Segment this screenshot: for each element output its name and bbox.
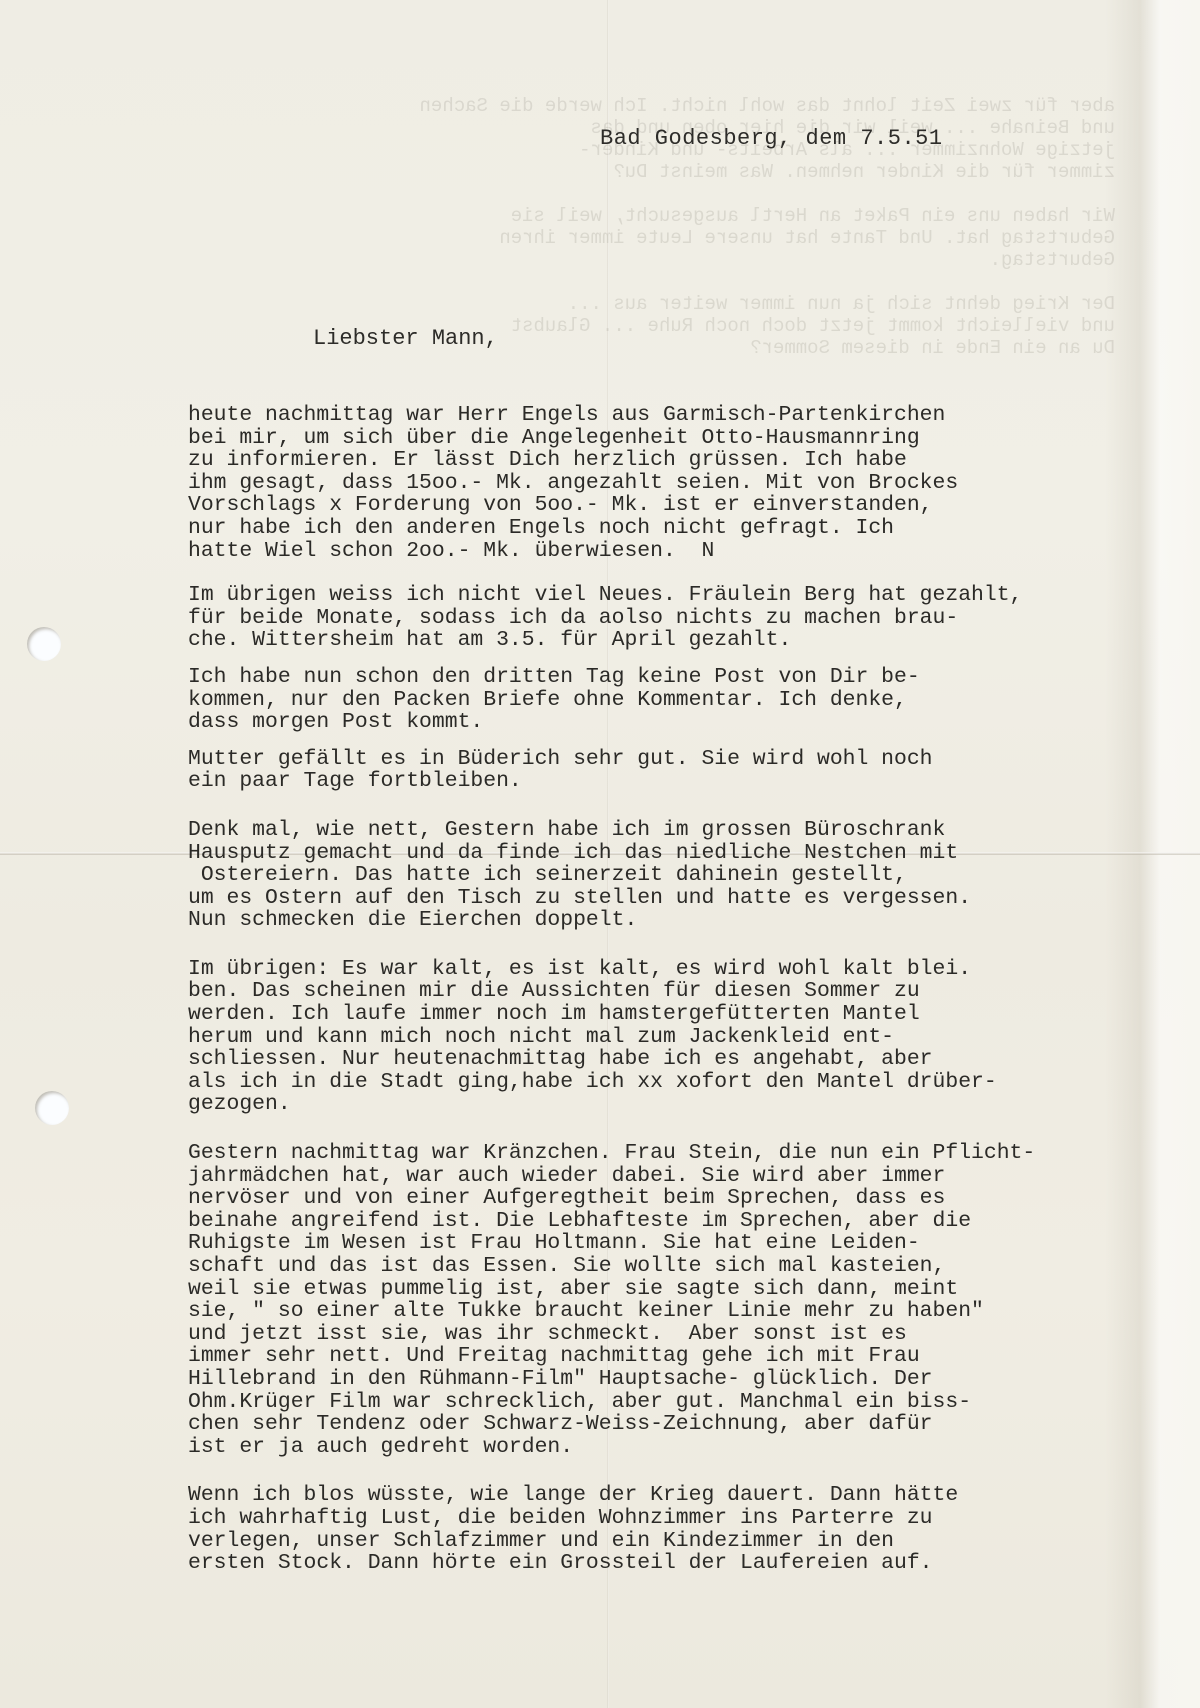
letter-body: heute nachmittag war Herr Engels aus Gar… [188,404,1188,1575]
text-line: Hausputz gemacht und da finde ich das ni… [188,842,1188,865]
text-line: werden. Ich laufe immer noch im hamsterg… [188,1003,1188,1026]
text-line: ist er ja auch gedreht worden. [188,1436,1188,1459]
text-line: ersten Stock. Dann hörte ein Grossteil d… [188,1552,1188,1575]
text-line: Hillebrand in den Rühmann-Film" Hauptsac… [188,1368,1188,1391]
text-line: chen sehr Tendenz oder Schwarz-Weiss-Zei… [188,1413,1188,1436]
text-line: schliessen. Nur heutenachmittag habe ich… [188,1048,1188,1071]
salutation: Liebster Mann, [313,326,498,351]
text-line: ben. Das scheinen mir die Aussichten für… [188,980,1188,1003]
text-line: Mutter gefällt es in Büderich sehr gut. … [188,748,1188,771]
text-line: nur habe ich den anderen Engels noch nic… [188,517,1188,540]
paragraph-mutter: Mutter gefällt es in Büderich sehr gut. … [188,748,1188,793]
text-line: sie, " so einer alte Tukke braucht keine… [188,1300,1188,1323]
paragraph-krieg: Wenn ich blos wüsste, wie lange der Krie… [188,1484,1188,1574]
text-line: Gestern nachmittag war Kränzchen. Frau S… [188,1142,1188,1165]
paragraph-engels: heute nachmittag war Herr Engels aus Gar… [188,404,1188,562]
paragraph-post: Ich habe nun schon den dritten Tag keine… [188,666,1188,734]
letter-page: aber für zwei Zeit lohnt das wohl nicht.… [0,0,1200,1708]
text-line: Vorschlags x Forderung von 5oo.- Mk. ist… [188,494,1188,517]
text-line: schaft und das ist das Essen. Sie wollte… [188,1255,1188,1278]
text-line: für beide Monate, sodass ich da aolso ni… [188,607,1188,630]
paragraph-kraenzchen: Gestern nachmittag war Kränzchen. Frau S… [188,1142,1188,1458]
text-line: ihm gesagt, dass 15oo.- Mk. angezahlt se… [188,472,1188,495]
text-line: heute nachmittag war Herr Engels aus Gar… [188,404,1188,427]
text-line: ein paar Tage fortbleiben. [188,770,1188,793]
place-date-line: Bad Godesberg, dem 7.5.51 [600,126,943,151]
text-line: beinahe angreifend ist. Die Lebhafteste … [188,1210,1188,1233]
text-line: gezogen. [188,1093,1188,1116]
text-line: nervöser und von einer Aufgeregtheit bei… [188,1187,1188,1210]
text-line: Denk mal, wie nett, Gestern habe ich im … [188,819,1188,842]
text-line: ich wahrhaftig Lust, die beiden Wohnzimm… [188,1507,1188,1530]
text-line: bei mir, um sich über die Angelegenheit … [188,427,1188,450]
text-line: um es Ostern auf den Tisch zu stellen un… [188,887,1188,910]
text-line: kommen, nur den Packen Briefe ohne Komme… [188,689,1188,712]
text-line: zu informieren. Er lässt Dich herzlich g… [188,449,1188,472]
text-line: und jetzt isst sie, was ihr schmeckt. Ab… [188,1323,1188,1346]
paragraph-news: Im übrigen weiss ich nicht viel Neues. F… [188,584,1188,652]
text-line: jahrmädchen hat, war auch wieder dabei. … [188,1165,1188,1188]
text-line: Ostereiern. Das hatte ich seinerzeit dah… [188,864,1188,887]
paragraph-weather: Im übrigen: Es war kalt, es ist kalt, es… [188,958,1188,1116]
text-line: Ruhigste im Wesen ist Frau Holtmann. Sie… [188,1232,1188,1255]
text-line: che. Wittersheim hat am 3.5. für April g… [188,629,1188,652]
text-line: hatte Wiel schon 2oo.- Mk. überwiesen. N [188,540,1188,563]
text-line: Nun schmecken die Eierchen doppelt. [188,909,1188,932]
text-line: Ohm.Krüger Film war schrecklich, aber gu… [188,1391,1188,1414]
text-line: weil sie etwas pummelig ist, aber sie sa… [188,1278,1188,1301]
punch-hole-bottom [35,1091,69,1125]
text-line: verlegen, unser Schlafzimmer und ein Kin… [188,1530,1188,1553]
text-line: als ich in die Stadt ging,habe ich xx xo… [188,1071,1188,1094]
text-line: Im übrigen: Es war kalt, es ist kalt, es… [188,958,1188,981]
text-line: Wenn ich blos wüsste, wie lange der Krie… [188,1484,1188,1507]
text-line: dass morgen Post kommt. [188,711,1188,734]
text-line: herum und kann mich noch nicht mal zum J… [188,1026,1188,1049]
punch-hole-top [27,627,61,661]
text-line: immer sehr nett. Und Freitag nachmittag … [188,1345,1188,1368]
paragraph-ostereier: Denk mal, wie nett, Gestern habe ich im … [188,819,1188,932]
text-line: Ich habe nun schon den dritten Tag keine… [188,666,1188,689]
text-line: Im übrigen weiss ich nicht viel Neues. F… [188,584,1188,607]
